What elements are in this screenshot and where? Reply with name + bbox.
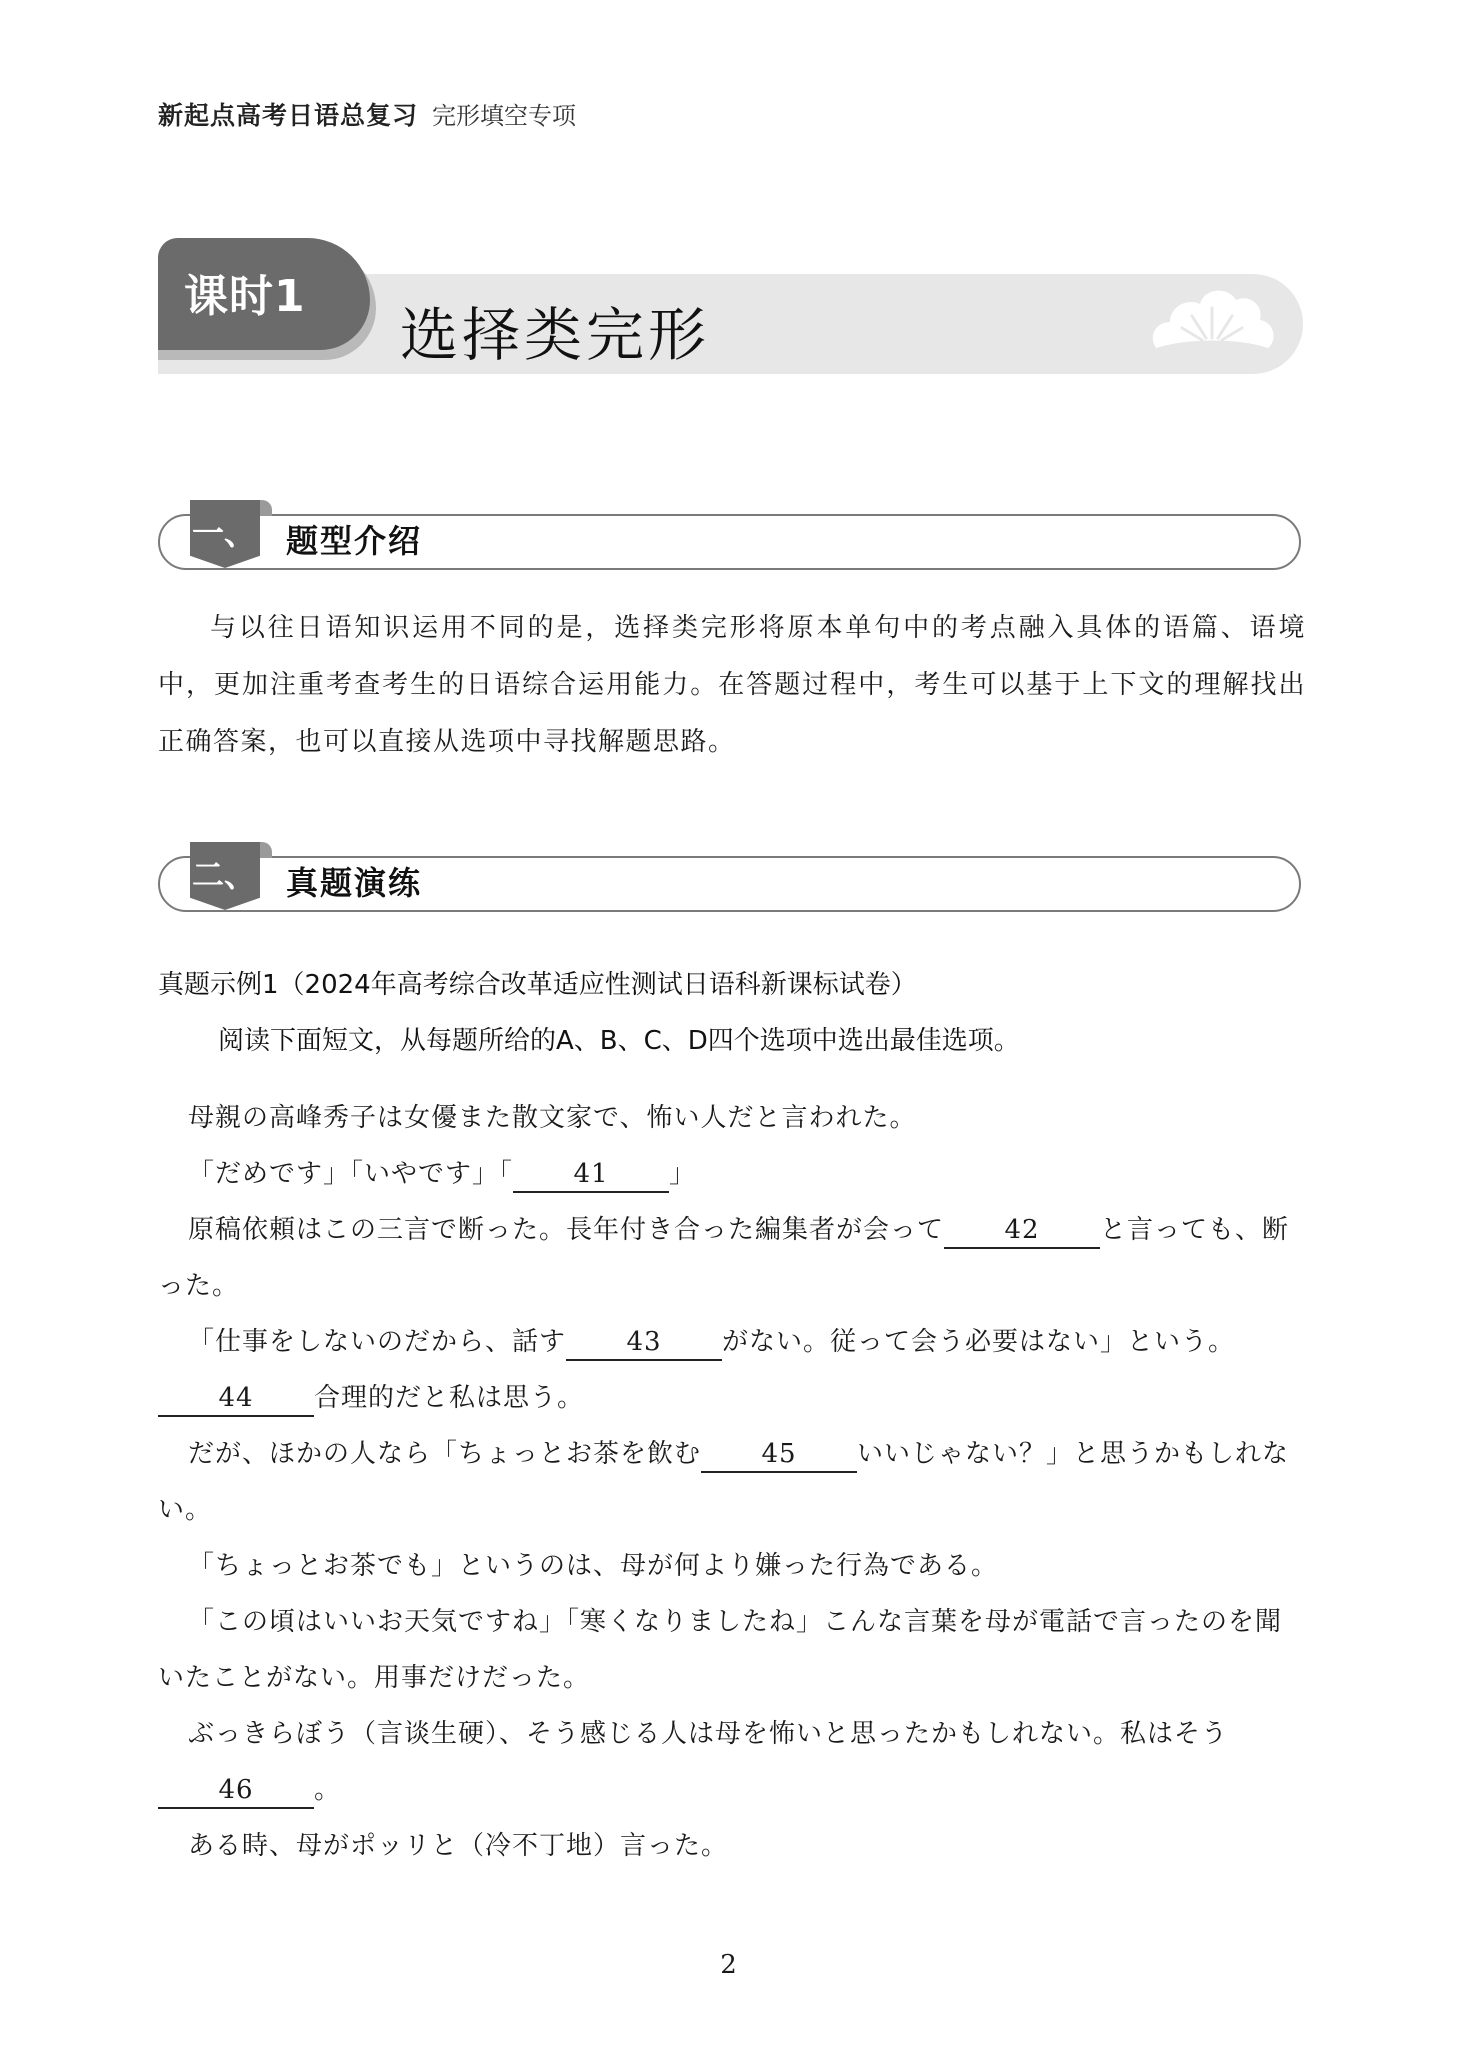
blank-44: 44 — [158, 1381, 314, 1417]
passage-paragraph: だが、ほかの人なら「ちょっとお茶を飲む45いいじゃない？」と思うかもしれない。 — [158, 1426, 1308, 1538]
text: ぶっきらぼう（言谈生硬）、そう感じる人は母を怖いと思ったかもしれない。私はそう — [188, 1719, 1228, 1749]
passage-paragraph: 「この頃はいいお天気ですね」「寒くなりましたね」こんな言葉を母が電話で言ったのを… — [158, 1594, 1308, 1706]
intro-paragraph: 与以往日语知识运用不同的是，选择类完形将原本单句中的考点融入具体的语篇、语境中，… — [158, 600, 1306, 771]
lesson-banner: 课时1 选择类完形 — [158, 238, 1303, 376]
book-title: 新起点高考日语总复习 — [158, 96, 418, 132]
cloud-icon — [1148, 278, 1278, 360]
passage-paragraph: 原稿依頼はこの三言で断った。長年付き合った編集者が会って42と言っても、断った。 — [158, 1202, 1308, 1314]
section-label: 真题演练 — [286, 858, 422, 904]
lesson-tab: 课时1 — [158, 238, 370, 350]
text: 原稿依頼はこの三言で断った。長年付き合った編集者が会って — [188, 1215, 944, 1245]
lesson-title: 选择类完形 — [400, 288, 710, 372]
example-title: 真题示例1（2024年高考综合改革适应性测试日语科新课标试卷） — [158, 964, 917, 1001]
text: 。 — [314, 1775, 341, 1805]
running-header: 新起点高考日语总复习 完形填空专项 — [158, 96, 576, 136]
section-number: 一、 — [192, 508, 292, 554]
section-header-intro: 一、 题型介绍 — [158, 500, 1303, 572]
passage: 母親の高峰秀子は女優また散文家で、怖い人だと言われた。 「だめです」「いやです」… — [158, 1090, 1308, 1874]
passage-paragraph: 「だめです」「いやです」「41」 — [158, 1146, 1308, 1202]
text: だが、ほかの人なら「ちょっとお茶を飲む — [188, 1439, 701, 1469]
section-label: 题型介绍 — [286, 516, 422, 562]
passage-paragraph: 「ちょっとお茶でも」というのは、母が何より嫌った行為である。 — [158, 1538, 1308, 1594]
blank-41: 41 — [513, 1157, 669, 1193]
text: 「仕事をしないのだから、話す — [188, 1327, 566, 1357]
blank-43: 43 — [566, 1325, 722, 1361]
passage-paragraph: ある時、母がポッリと（冷不丁地）言った。 — [158, 1818, 1308, 1874]
passage-paragraph: 「仕事をしないのだから、話す43がない。従って会う必要はない」という。44合理的… — [158, 1314, 1308, 1426]
lesson-number: 课时1 — [184, 260, 306, 324]
instruction: 阅读下面短文，从每题所给的A、B、C、D四个选项中选出最佳选项。 — [218, 1020, 1020, 1057]
text: 「だめです」「いやです」「 — [188, 1159, 513, 1189]
section-header-practice: 二、 真题演练 — [158, 842, 1303, 914]
section-number: 二、 — [192, 850, 292, 896]
passage-paragraph: 母親の高峰秀子は女優また散文家で、怖い人だと言われた。 — [158, 1090, 1308, 1146]
text: 」 — [669, 1159, 696, 1189]
blank-46: 46 — [158, 1773, 314, 1809]
text: がない。従って会う必要はない」という。 — [722, 1327, 1235, 1357]
intro-text: 与以往日语知识运用不同的是，选择类完形将原本单句中的考点融入具体的语篇、语境中，… — [158, 600, 1306, 771]
blank-42: 42 — [944, 1213, 1100, 1249]
section-title: 完形填空专项 — [432, 96, 576, 131]
passage-paragraph: ぶっきらぼう（言谈生硬）、そう感じる人は母を怖いと思ったかもしれない。私はそう4… — [158, 1706, 1308, 1818]
page-number: 2 — [0, 1950, 1457, 1980]
text: 合理的だと私は思う。 — [314, 1383, 584, 1413]
blank-45: 45 — [701, 1437, 857, 1473]
